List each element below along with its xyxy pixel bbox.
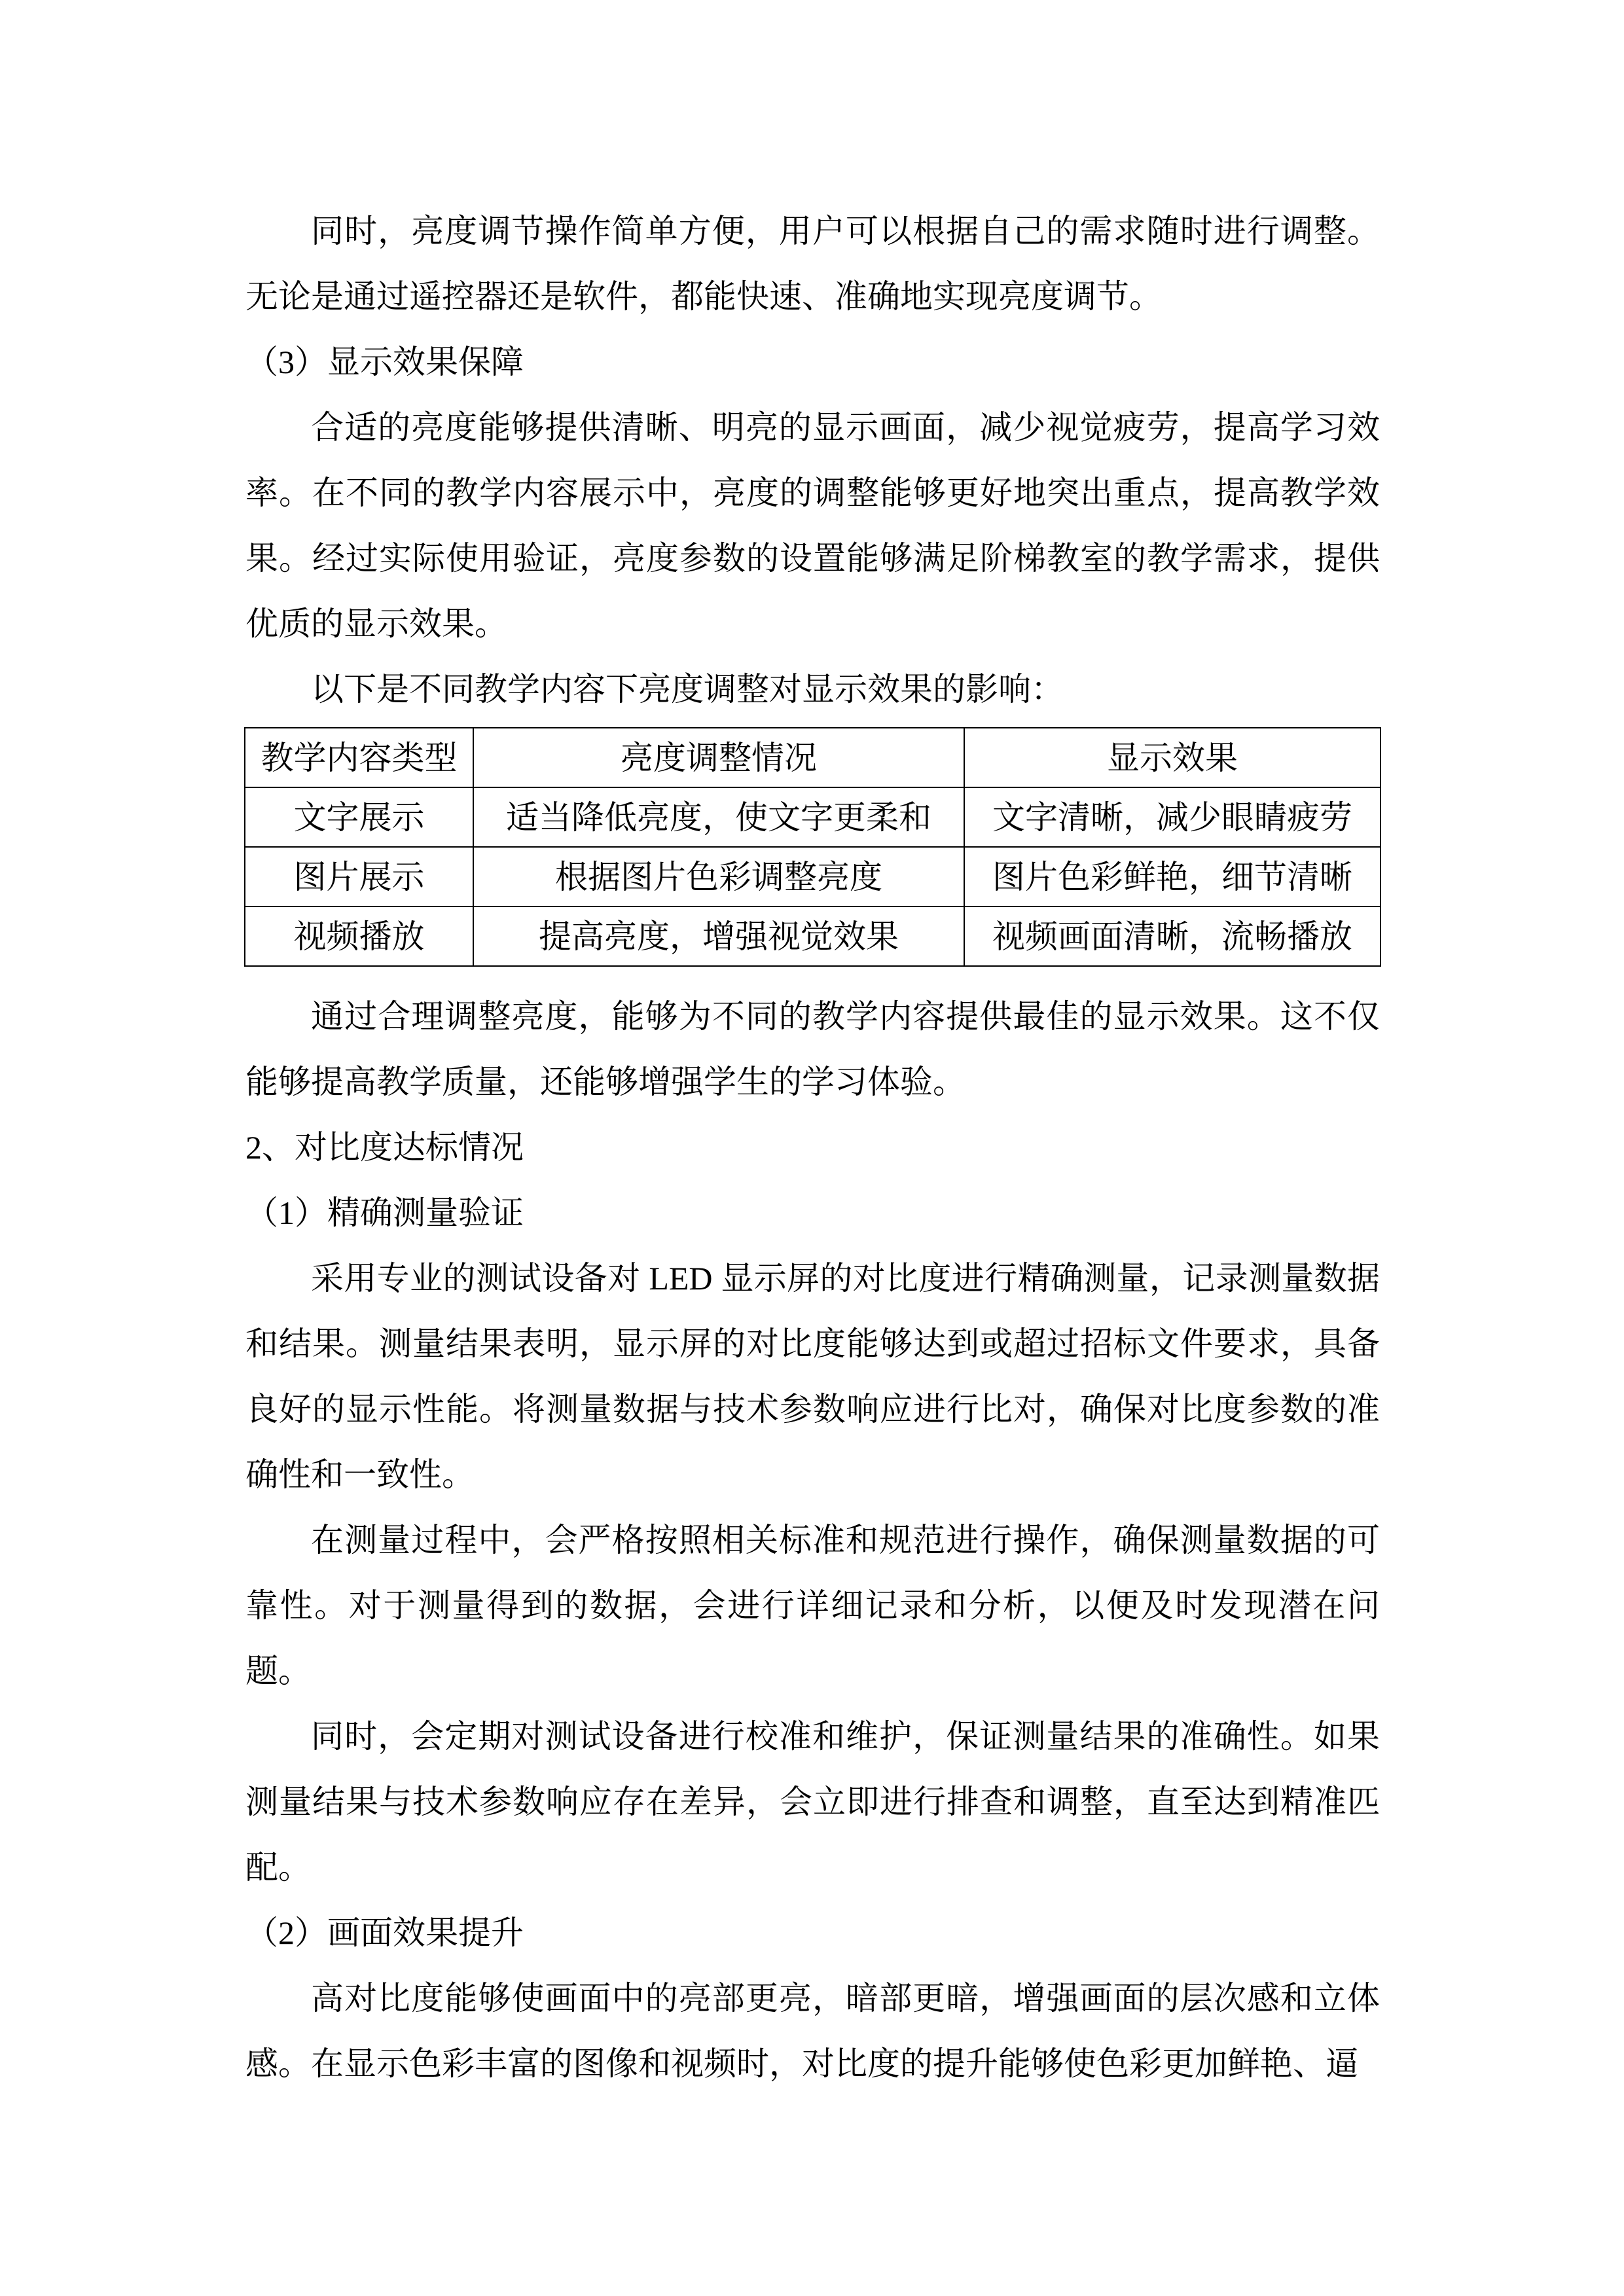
paragraph-reasonable-adjustment: 通过合理调整亮度，能够为不同的教学内容提供最佳的显示效果。这不仅能够提高教学质量… [245, 984, 1380, 1115]
table-header-row: 教学内容类型 亮度调整情况 显示效果 [245, 728, 1380, 787]
paragraph-high-contrast: 高对比度能够使画面中的亮部更亮，暗部更暗，增强画面的层次感和立体感。在显示色彩丰… [245, 1965, 1380, 2096]
table-header-cell-display-effect: 显示效果 [964, 728, 1380, 787]
table-header-cell-brightness-adjustment: 亮度调整情况 [473, 728, 964, 787]
section-heading-contrast-compliance: 2、对比度达标情况 [245, 1115, 1380, 1180]
paragraph-brightness-convenience: 同时，亮度调节操作简单方便，用户可以根据自己的需求随时进行调整。无论是通过遥控器… [245, 198, 1380, 329]
table-row-video-playback: 视频播放 提高亮度，增强视觉效果 视频画面清晰，流畅播放 [245, 906, 1380, 966]
paragraph-calibration-maintenance: 同时，会定期对测试设备进行校准和维护，保证测量结果的准确性。如果测量结果与技术参… [245, 1704, 1380, 1900]
table-cell: 图片色彩鲜艳，细节清晰 [964, 847, 1380, 906]
document-content: 同时，亮度调节操作简单方便，用户可以根据自己的需求随时进行调整。无论是通过遥控器… [0, 0, 1624, 2096]
brightness-effects-table: 教学内容类型 亮度调整情况 显示效果 文字展示 适当降低亮度，使文字更柔和 文字… [244, 727, 1381, 967]
table-cell: 适当降低亮度，使文字更柔和 [473, 787, 964, 847]
document-page: 同时，亮度调节操作简单方便，用户可以根据自己的需求随时进行调整。无论是通过遥控器… [0, 0, 1624, 2296]
table-cell: 提高亮度，增强视觉效果 [473, 906, 964, 966]
paragraph-professional-testing: 采用专业的测试设备对 LED 显示屏的对比度进行精确测量，记录测量数据和结果。测… [245, 1246, 1380, 1507]
section-heading-precise-measurement: （1）精确测量验证 [245, 1180, 1380, 1246]
table-row-text-display: 文字展示 适当降低亮度，使文字更柔和 文字清晰，减少眼睛疲劳 [245, 787, 1380, 847]
paragraph-measurement-process: 在测量过程中，会严格按照相关标准和规范进行操作，确保测量数据的可靠性。对于测量得… [245, 1507, 1380, 1704]
table-header-cell-content-type: 教学内容类型 [245, 728, 473, 787]
table-cell: 视频画面清晰，流畅播放 [964, 906, 1380, 966]
table-cell: 视频播放 [245, 906, 473, 966]
table-cell: 文字展示 [245, 787, 473, 847]
table-cell: 图片展示 [245, 847, 473, 906]
table-cell: 根据图片色彩调整亮度 [473, 847, 964, 906]
table-cell: 文字清晰，减少眼睛疲劳 [964, 787, 1380, 847]
section-heading-display-effect-guarantee: （3）显示效果保障 [245, 329, 1380, 395]
paragraph-table-intro: 以下是不同教学内容下亮度调整对显示效果的影响： [245, 656, 1380, 722]
table-row-image-display: 图片展示 根据图片色彩调整亮度 图片色彩鲜艳，细节清晰 [245, 847, 1380, 906]
section-heading-picture-improvement: （2）画面效果提升 [245, 1900, 1380, 1965]
paragraph-suitable-brightness: 合适的亮度能够提供清晰、明亮的显示画面，减少视觉疲劳，提高学习效率。在不同的教学… [245, 395, 1380, 656]
